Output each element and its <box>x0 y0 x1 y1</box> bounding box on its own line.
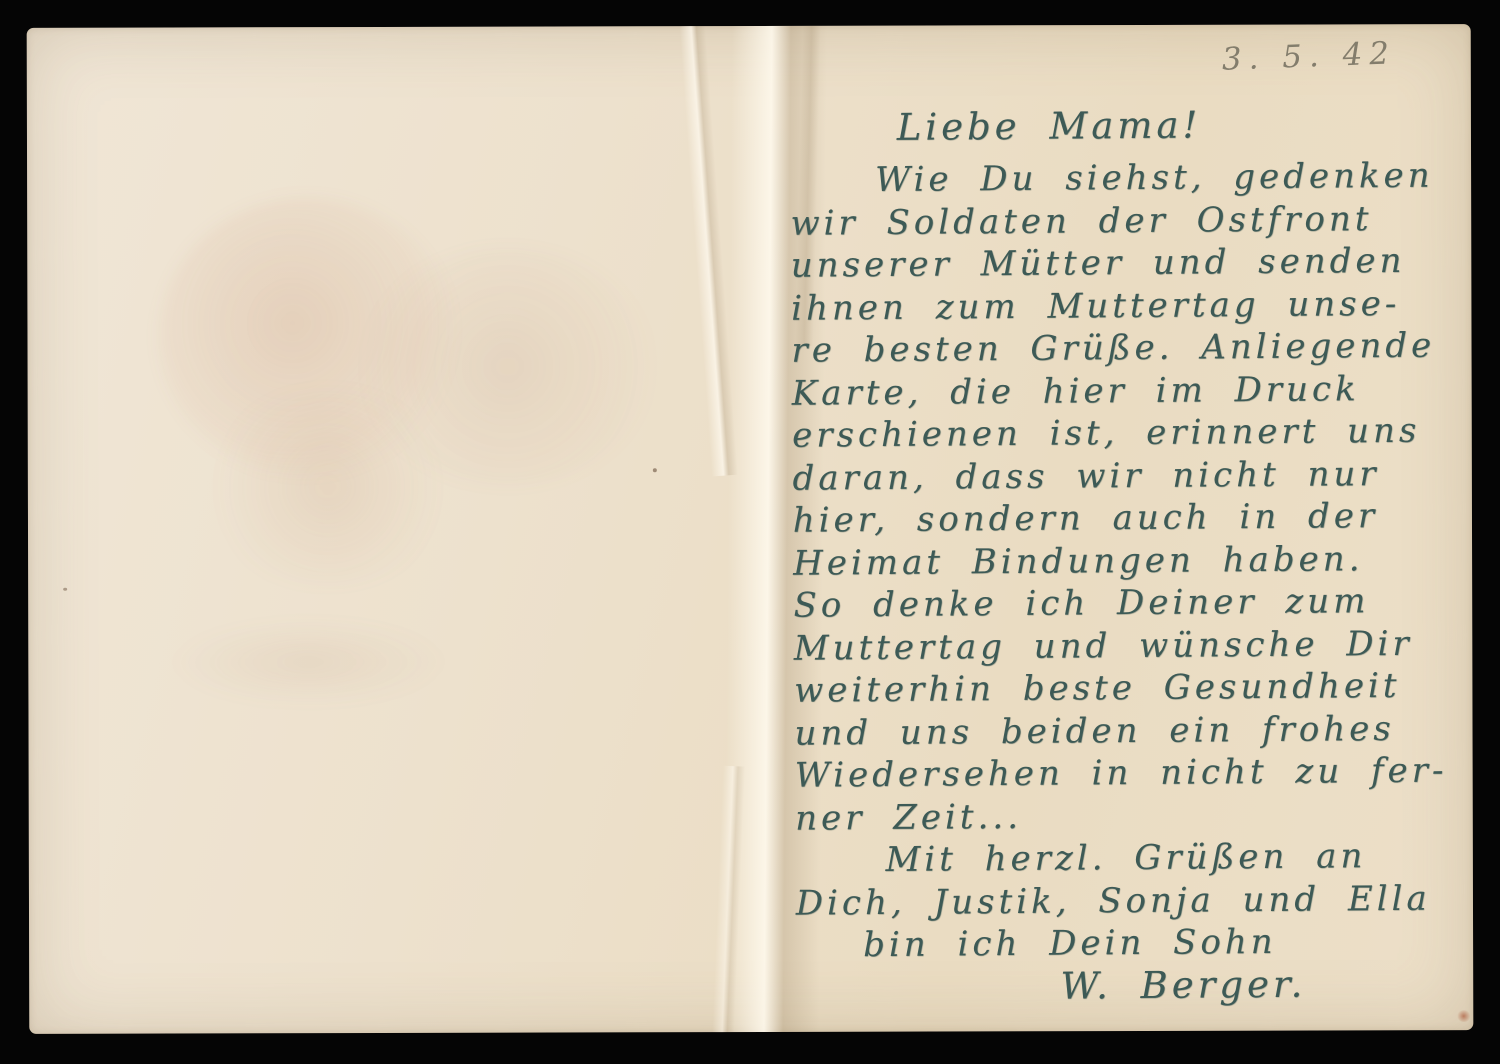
letter-line: weiterhin beste Gesundheit <box>794 664 1473 712</box>
closing-line: Mit herzl. Grüßen an <box>795 834 1473 882</box>
closing-line: Dich, Justik, Sonja und Ella <box>796 877 1474 925</box>
ink-bleedthrough-smudge <box>168 617 448 708</box>
corner-rust-spot <box>1457 1010 1470 1022</box>
paper-speck <box>653 468 657 472</box>
letter-paper: 3. 5. 42 Liebe Mama! Wie Du siehst, gede… <box>27 24 1474 1034</box>
scan-background: 3. 5. 42 Liebe Mama! Wie Du siehst, gede… <box>0 0 1500 1064</box>
letter-line: ner Zeit... <box>795 792 1473 840</box>
paper-speck <box>63 588 67 591</box>
letter-date: 3. 5. 42 <box>1221 35 1397 78</box>
letter-line: Heimat Bindungen haben. <box>793 537 1473 585</box>
salutation: Liebe Mama! <box>789 92 1473 159</box>
letter-text-block: Liebe Mama! Wie Du siehst, gedenken wir … <box>789 92 1473 1009</box>
ink-bleedthrough-stain <box>198 387 459 588</box>
top-diagonal-crease <box>679 24 738 476</box>
letter-line: re besten Grüße. Anliegende <box>791 324 1473 372</box>
letter-line: wir Soldaten der Ostfront <box>790 197 1473 245</box>
letter-line: Wiedersehen in nicht zu fer- <box>795 749 1474 797</box>
closing-line: bin ich Dein Sohn <box>796 919 1473 967</box>
letter-line: daran, dass wir nicht nur <box>792 452 1473 500</box>
letter-line: Wie Du siehst, gedenken <box>790 154 1473 202</box>
letter-line: und uns beiden ein frohes <box>794 707 1473 755</box>
letter-line: Karte, die hier im Druck <box>792 367 1474 415</box>
letter-line: unserer Mütter und senden <box>791 239 1474 287</box>
letter-line: erschienen ist, erinnert uns <box>792 409 1473 457</box>
letter-line: hier, sondern auch in der <box>793 494 1474 542</box>
letter-line: Muttertag und wünsche Dir <box>794 622 1474 670</box>
letter-line: ihnen zum Muttertag unse- <box>791 282 1473 330</box>
letter-line: So denke ich Deiner zum <box>793 579 1473 627</box>
signature: W. Berger. <box>796 962 1473 1010</box>
